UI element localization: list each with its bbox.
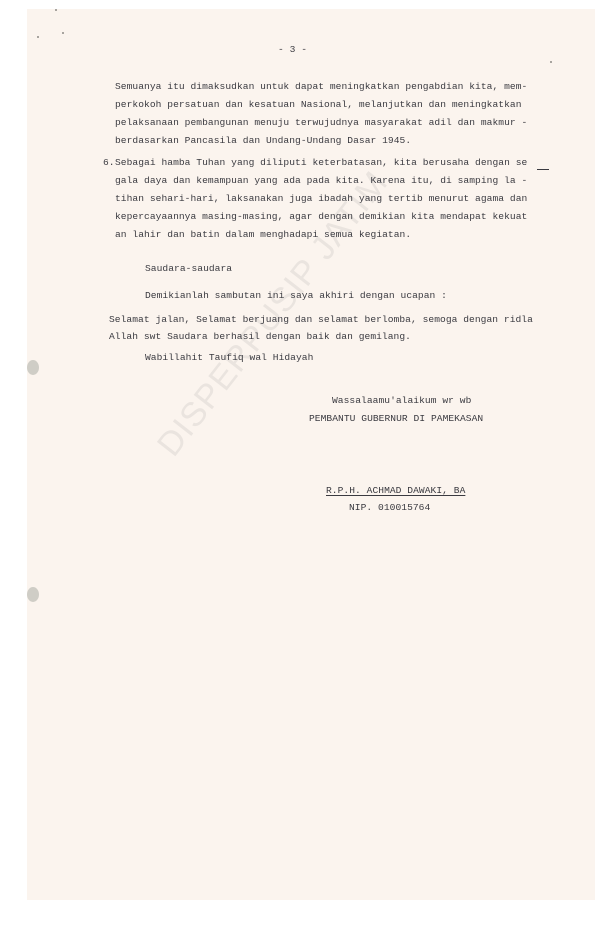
signatory-name: R.P.H. ACHMAD DAWAKI, BA bbox=[326, 485, 465, 496]
closing-line: Allah swt Saudara berhasil dengan baik d… bbox=[109, 331, 411, 342]
handwritten-underline bbox=[537, 169, 549, 170]
signature-greeting: Wassalaamu'alaikum wr wb bbox=[332, 395, 471, 406]
paragraph-line: perkokoh persatuan dan kesatuan Nasional… bbox=[115, 99, 522, 110]
paragraph-line: kepercayaannya masing-masing, agar denga… bbox=[115, 211, 527, 222]
scan-speck bbox=[55, 9, 57, 11]
blessing: Wabillahit Taufiq wal Hidayah bbox=[145, 352, 313, 363]
list-number: 6. bbox=[103, 157, 115, 168]
scan-speck bbox=[62, 32, 64, 34]
scan-speck bbox=[37, 36, 39, 38]
signatory-nip: NIP. 010015764 bbox=[349, 502, 430, 513]
paragraph-line: Sebagai hamba Tuhan yang diliputi keterb… bbox=[115, 157, 527, 168]
paragraph-line: berdasarkan Pancasila dan Undang-Undang … bbox=[115, 135, 411, 146]
punch-hole-bottom bbox=[27, 587, 39, 602]
closing-line: Selamat jalan, Selamat berjuang dan sela… bbox=[109, 314, 533, 325]
paragraph-line: Semuanya itu dimaksudkan untuk dapat men… bbox=[115, 81, 527, 92]
punch-hole-top bbox=[27, 360, 39, 375]
closing-intro: Demikianlah sambutan ini saya akhiri den… bbox=[145, 290, 447, 301]
paragraph-line: gala daya dan kemampuan yang ada pada ki… bbox=[115, 175, 527, 186]
page-number: - 3 - bbox=[278, 44, 307, 55]
signature-title: PEMBANTU GUBERNUR DI PAMEKASAN bbox=[309, 413, 483, 424]
paragraph-line: an lahir dan batin dalam menghadapi semu… bbox=[115, 229, 411, 240]
paragraph-line: pelaksanaan pembangunan menuju terwujudn… bbox=[115, 117, 527, 128]
salutation: Saudara-saudara bbox=[145, 263, 232, 274]
paragraph-line: tihan sehari-hari, laksanakan juga ibada… bbox=[115, 193, 527, 204]
scan-speck bbox=[550, 61, 552, 63]
